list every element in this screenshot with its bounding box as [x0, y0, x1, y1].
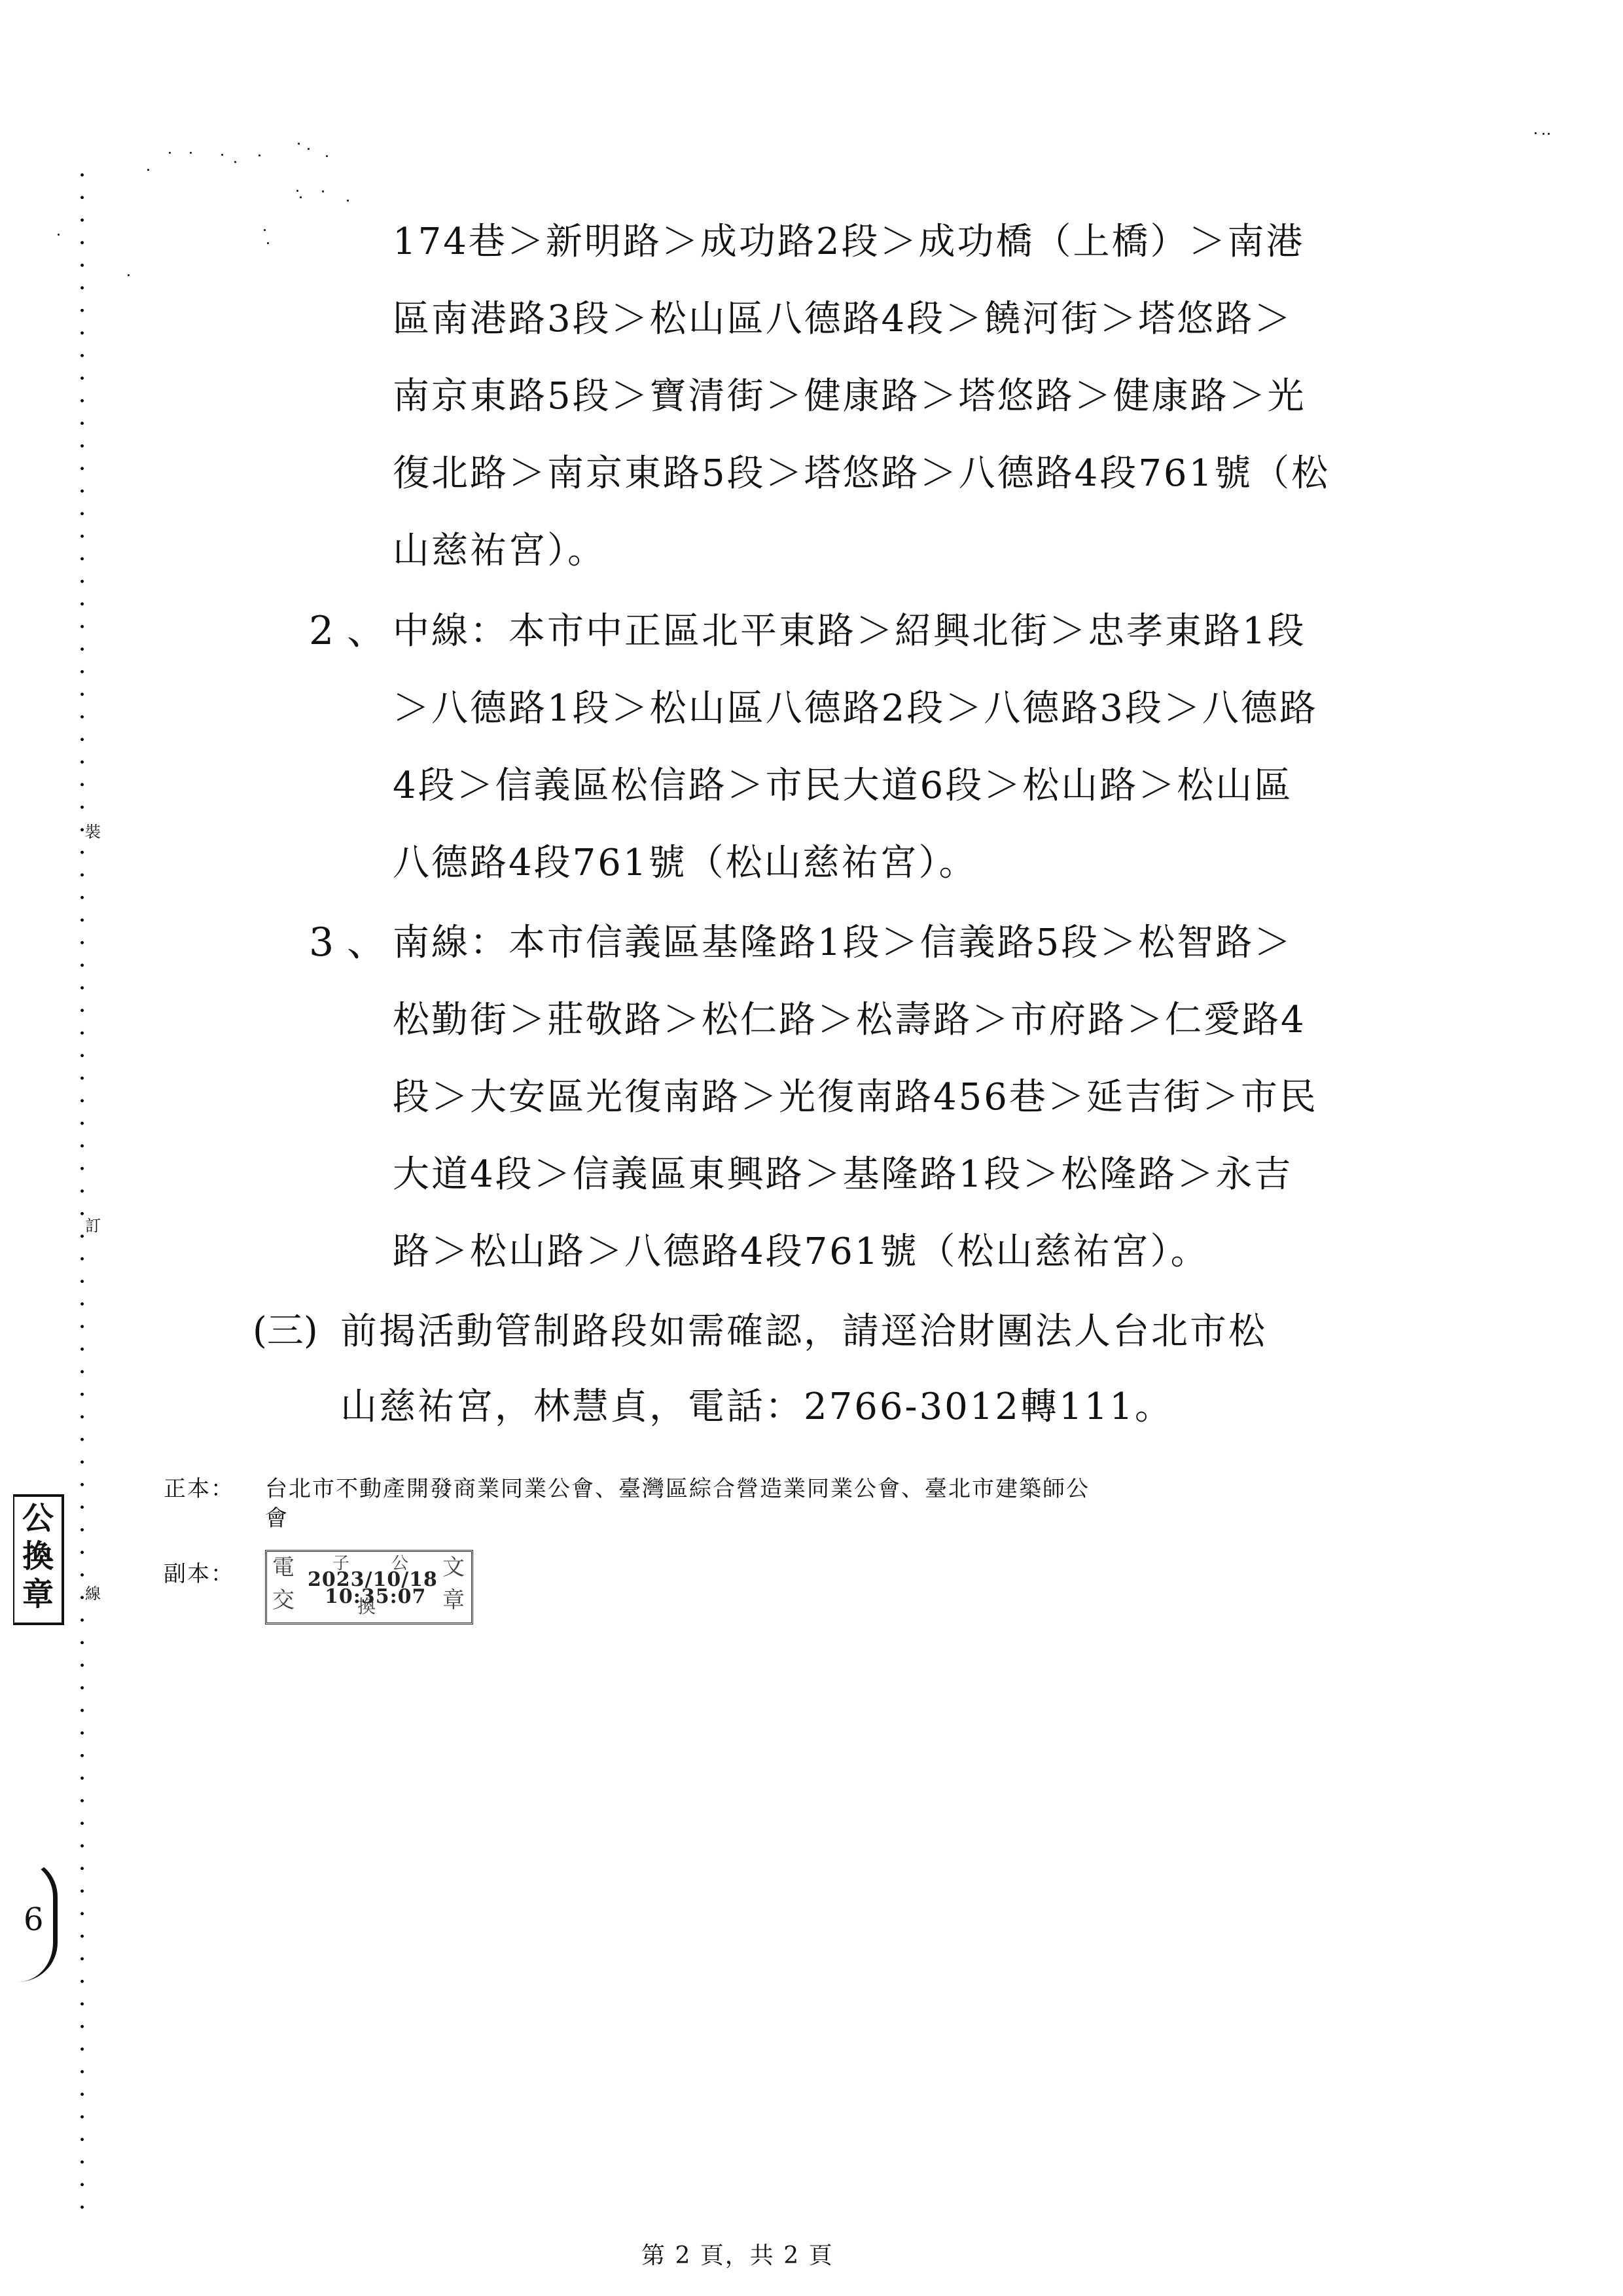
stamp-char: 交 [272, 1588, 294, 1612]
body-line: 山慈祐宮，林慧貞，電話：2766-3012轉111。 [340, 1386, 1173, 1428]
original-label: 正本： [164, 1476, 234, 1502]
page-indicator: 第 2 頁，共 2 頁 [641, 2237, 834, 2270]
binding-label-line: 線 [85, 1584, 101, 1604]
body-line: 中線：本市中正區北平東路＞紹興北街＞忠孝東路1段 [393, 611, 1306, 653]
stamp-char: 章 [14, 1575, 62, 1613]
section-marker: (三) [253, 1310, 318, 1352]
item-separator: 、 [347, 922, 386, 963]
seal-number: 6 [24, 1901, 44, 1938]
body-line: 174巷＞新明路＞成功路2段＞成功橋（上橋）＞南港 [393, 221, 1305, 263]
body-line: ＞八德路1段＞松山區八德路2段＞八德路3段＞八德路 [393, 688, 1318, 730]
body-line: 松勤街＞莊敬路＞松仁路＞松壽路＞市府路＞仁愛路4 [393, 999, 1306, 1041]
body-line: 路＞松山路＞八德路4段761號（松山慈祐宮）。 [393, 1231, 1209, 1273]
side-exchange-stamp: 公 換 章 [13, 1494, 64, 1625]
body-line: 前揭活動管制路段如需確認，請逕洽財團法人台北市松 [340, 1311, 1267, 1353]
stamp-char: 電 [272, 1556, 294, 1579]
body-line: 4段＞信義區松信路＞市民大道6段＞松山路＞松山區 [393, 765, 1293, 807]
original-recipients: 台北市不動產開發商業同業公會、臺灣區綜合營造業同業公會、臺北市建築師公 [265, 1476, 1090, 1502]
page-seal: 6 [12, 1857, 58, 1982]
stamp-time: 10:35:07 [325, 1587, 426, 1607]
item-number: 3 [309, 922, 334, 963]
binding-dotted-line [80, 164, 84, 2219]
body-line: 大道4段＞信義區東興路＞基隆路1段＞松隆路＞永吉 [393, 1154, 1293, 1196]
document-exchange-stamp: 電 交 子 公 換 文 章 2023/10/18 10:35:07 [265, 1550, 473, 1624]
item-separator: 、 [347, 610, 386, 652]
binding-label-staple: 訂 [85, 1216, 101, 1236]
original-recipients-cont: 會 [265, 1505, 289, 1532]
body-line: 區南港路3段＞松山區八德路4段＞饒河街＞塔悠路＞ [393, 298, 1293, 340]
binding-label-bind: 裝 [85, 822, 101, 842]
stamp-char: 文 [442, 1556, 465, 1579]
body-line: 復北路＞南京東路5段＞塔悠路＞八德路4段761號（松 [393, 453, 1330, 495]
body-line: 南線：本市信義區基隆路1段＞信義路5段＞松智路＞ [393, 922, 1293, 964]
item-number: 2 [309, 610, 334, 652]
stamp-char: 換 [14, 1537, 62, 1575]
body-line: 南京東路5段＞寶清街＞健康路＞塔悠路＞健康路＞光 [393, 376, 1306, 418]
body-line: 八德路4段761號（松山慈祐宮）。 [393, 842, 978, 884]
body-line: 山慈祐宮）。 [393, 530, 606, 572]
copy-label: 副本： [164, 1561, 234, 1587]
stamp-char: 章 [442, 1588, 465, 1612]
body-line: 段＞大安區光復南路＞光復南路456巷＞延吉街＞市民 [393, 1077, 1318, 1119]
stamp-char: 公 [14, 1499, 62, 1537]
